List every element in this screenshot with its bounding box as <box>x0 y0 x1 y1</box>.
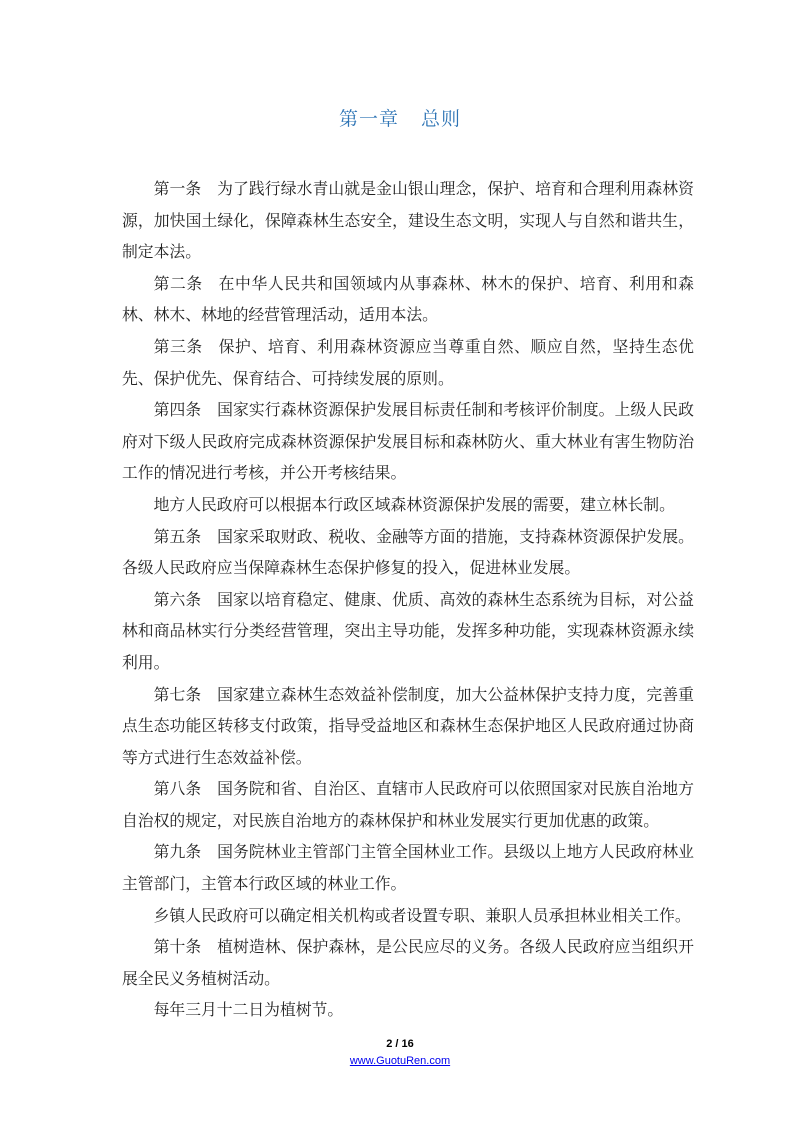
paragraph-text: 地方人民政府可以根据本行政区域森林资源保护发展的需要，建立林长制。 <box>154 495 675 514</box>
paragraph-text: 国家采取财政、税收、金融等方面的措施，支持森林资源保护发展。各级人民政府应当保障… <box>122 527 694 578</box>
article-label: 第八条 <box>154 779 202 798</box>
paragraph-text: 为了践行绿水青山就是金山银山理念，保护、培育和合理利用森林资源，加快国土绿化，保… <box>122 179 694 261</box>
paragraph: 每年三月十二日为植树节。 <box>122 994 694 1026</box>
paragraph-text: 植树造林、保护森林，是公民应尽的义务。各级人民政府应当组织开展全民义务植树活动。 <box>122 937 694 988</box>
paragraph: 第八条国务院和省、自治区、直辖市人民政府可以依照国家对民族自治地方自治权的规定，… <box>122 773 694 836</box>
paragraph: 第九条国务院林业主管部门主管全国林业工作。县级以上地方人民政府林业主管部门，主管… <box>122 836 694 899</box>
document-body: 第一条为了践行绿水青山就是金山银山理念，保护、培育和合理利用森林资源，加快国土绿… <box>122 173 694 1026</box>
paragraph-text: 国家以培育稳定、健康、优质、高效的森林生态系统为目标，对公益林和商品林实行分类经… <box>122 590 694 672</box>
article-label: 第九条 <box>154 842 202 861</box>
article-label: 第三条 <box>154 337 203 356</box>
paragraph-text: 国家建立森林生态效益补偿制度，加大公益林保护支持力度，完善重点生态功能区转移支付… <box>122 685 694 767</box>
paragraph: 第二条在中华人民共和国领域内从事森林、林木的保护、培育、利用和森林、林木、林地的… <box>122 268 694 331</box>
website-link[interactable]: www.GuotuRen.com <box>350 1055 450 1067</box>
paragraph: 第四条国家实行森林资源保护发展目标责任制和考核评价制度。上级人民政府对下级人民政… <box>122 394 694 489</box>
article-label: 第一条 <box>154 179 202 198</box>
paragraph-text: 在中华人民共和国领域内从事森林、林木的保护、培育、利用和森林、林木、林地的经营管… <box>122 274 694 325</box>
document-page: 第一章总则 第一条为了践行绿水青山就是金山银山理念，保护、培育和合理利用森林资源… <box>0 0 800 1132</box>
paragraph: 第七条国家建立森林生态效益补偿制度，加大公益林保护支持力度，完善重点生态功能区转… <box>122 679 694 774</box>
paragraph: 第十条植树造林、保护森林，是公民应尽的义务。各级人民政府应当组织开展全民义务植树… <box>122 931 694 994</box>
article-label: 第二条 <box>154 274 203 293</box>
chapter-number: 第一章 <box>339 108 399 130</box>
paragraph: 地方人民政府可以根据本行政区域森林资源保护发展的需要，建立林长制。 <box>122 489 694 521</box>
paragraph: 乡镇人民政府可以确定相关机构或者设置专职、兼职人员承担林业相关工作。 <box>122 900 694 932</box>
paragraph-text: 国务院林业主管部门主管全国林业工作。县级以上地方人民政府林业主管部门，主管本行政… <box>122 842 694 893</box>
page-footer: 2 / 16 www.GuotuRen.com <box>0 1037 800 1069</box>
chapter-title: 第一章总则 <box>0 104 800 131</box>
article-label: 第十条 <box>154 937 202 956</box>
chapter-name: 总则 <box>421 108 461 130</box>
paragraph-text: 保护、培育、利用森林资源应当尊重自然、顺应自然，坚持生态优先、保护优先、保育结合… <box>122 337 694 388</box>
article-label: 第六条 <box>154 590 202 609</box>
paragraph-text: 每年三月十二日为植树节。 <box>154 1000 344 1019</box>
article-label: 第四条 <box>154 400 202 419</box>
paragraph: 第六条国家以培育稳定、健康、优质、高效的森林生态系统为目标，对公益林和商品林实行… <box>122 584 694 679</box>
page-number: 2 / 16 <box>0 1037 800 1051</box>
article-label: 第七条 <box>154 685 202 704</box>
paragraph-text: 国家实行森林资源保护发展目标责任制和考核评价制度。上级人民政府对下级人民政府完成… <box>122 400 694 482</box>
paragraph: 第一条为了践行绿水青山就是金山银山理念，保护、培育和合理利用森林资源，加快国土绿… <box>122 173 694 268</box>
paragraph-text: 国务院和省、自治区、直辖市人民政府可以依照国家对民族自治地方自治权的规定，对民族… <box>122 779 694 830</box>
article-label: 第五条 <box>154 527 202 546</box>
paragraph: 第三条保护、培育、利用森林资源应当尊重自然、顺应自然，坚持生态优先、保护优先、保… <box>122 331 694 394</box>
paragraph-text: 乡镇人民政府可以确定相关机构或者设置专职、兼职人员承担林业相关工作。 <box>154 906 691 925</box>
paragraph: 第五条国家采取财政、税收、金融等方面的措施，支持森林资源保护发展。各级人民政府应… <box>122 521 694 584</box>
